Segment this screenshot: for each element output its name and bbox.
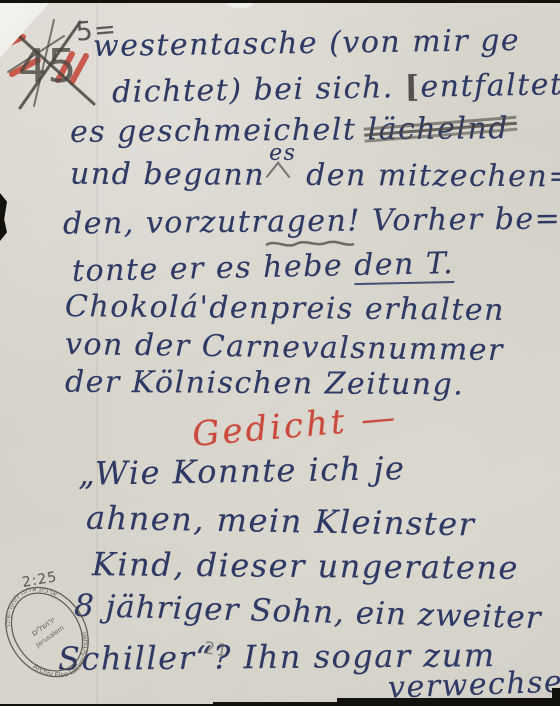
manuscript-line-8: von der Carnevalsnummer — [65, 327, 504, 368]
manuscript-line-1: westentasche (von mir ge — [93, 23, 521, 64]
line-4-text: und begann — [70, 157, 265, 193]
scan-edge-bottom — [337, 698, 560, 706]
struck-word: lächelnd — [367, 111, 509, 147]
line-3-text: es geschmeichelt — [70, 112, 368, 150]
manuscript-line-9: der Kölnischen Zeitung. — [65, 365, 465, 403]
manuscript-line-4: und begannes den mitzechen= — [70, 157, 560, 195]
line-2-text: dichtet) bei sich. — [112, 70, 405, 110]
pencil-mark: 21 — [203, 638, 230, 661]
line-6-text: tonte er es hebe — [72, 248, 355, 289]
line-4-continued: den mitzechen= — [295, 158, 560, 194]
line-2-continued: entfaltete — [420, 67, 560, 105]
scan-edge-bottom — [213, 702, 343, 706]
manuscript-line-7: Chokolá'denpreis erhalten — [65, 289, 505, 328]
manuscript-line-5: den, vorzutragen! Vorher be= — [63, 201, 560, 241]
pencil-bracket: [ — [404, 70, 420, 105]
scanned-manuscript-page: 45 5= westentasche (von mir ge dichtet) … — [0, 0, 560, 706]
insertion-point: es — [265, 175, 295, 185]
manuscript-line-12: Kind, dieser ungeratene — [92, 545, 519, 587]
manuscript-line-11: ahnen, mein Kleinster — [86, 499, 476, 544]
manuscript-line-6: tonte er es hebe den T. — [72, 246, 455, 289]
manuscript-line-10: „Wie Konnte ich je — [78, 449, 406, 493]
scan-edge-top — [0, 0, 560, 3]
underlined-phrase: den T. — [354, 246, 455, 285]
scan-edge-right — [552, 688, 560, 706]
insertion-caret-icon — [265, 161, 291, 179]
